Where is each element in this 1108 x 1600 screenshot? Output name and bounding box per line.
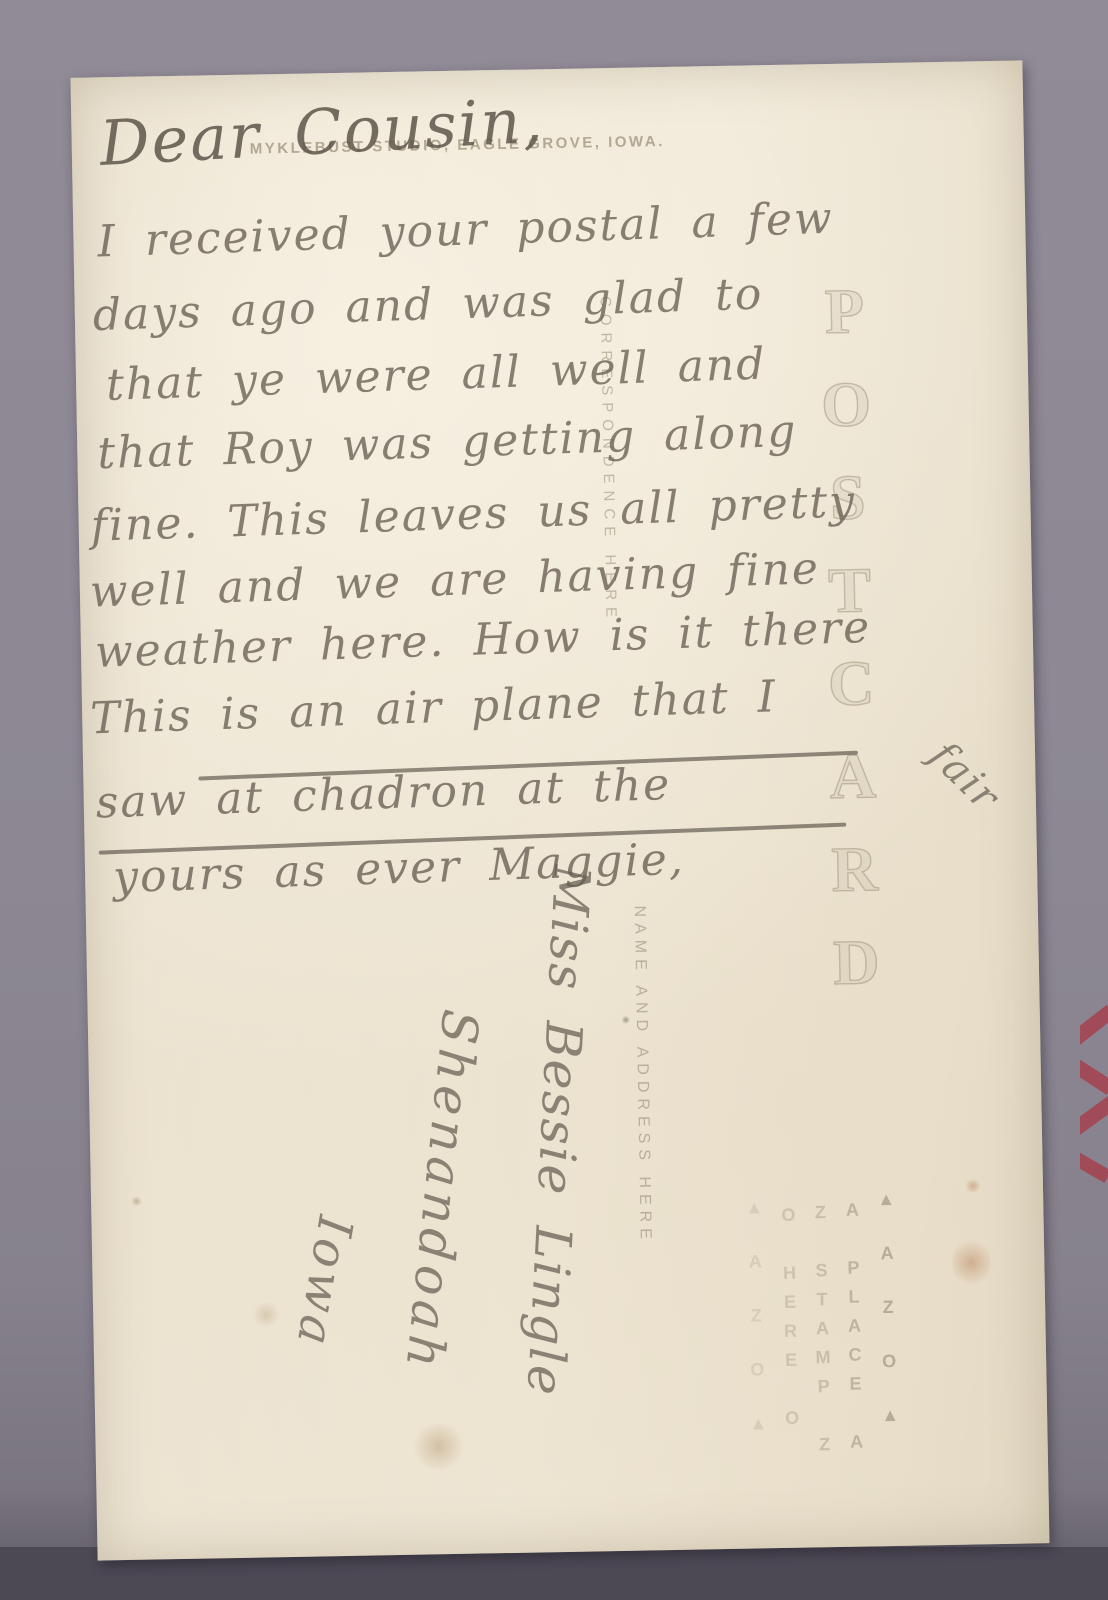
red-edge-watermark — [1080, 1005, 1108, 1215]
azo-stamp-box-column: A PLACE A — [841, 1200, 867, 1461]
address-recipient-name: Miss Bessie Lingle — [520, 864, 597, 1398]
stain-spot — [622, 1016, 630, 1024]
azo-stamp-box-column: Z STAMP Z — [809, 1202, 835, 1463]
postcard-back: MYKLEBUST STUDIO, EAGLE GROVE, IOWA. POS… — [70, 60, 1049, 1560]
address-city: Shenandoah — [398, 1007, 486, 1375]
watermark-bar — [1080, 1096, 1108, 1145]
azo-stamp-box-column: O HERE O — [777, 1205, 802, 1437]
message-line: that ye were all well and — [105, 343, 767, 408]
stain-spot — [965, 1179, 981, 1192]
message-line: fine. This leaves us all pretty — [90, 480, 857, 549]
stain-spot — [131, 1197, 142, 1206]
message-extra-word: fair — [923, 735, 1007, 819]
message-line: I received your postal a few — [97, 197, 834, 265]
stain-spot — [251, 1302, 281, 1327]
message-line: days ago and was glad to — [92, 273, 764, 339]
watermark-bar — [1080, 1141, 1108, 1183]
message-line: well and we are having fine — [89, 547, 820, 615]
message-salutation: Dear Cousin, — [98, 89, 545, 175]
address-state: Iowa — [289, 1212, 359, 1352]
name-and-address-here-label: NAME AND ADDRESS HERE — [630, 905, 654, 1245]
stain-spot — [410, 1423, 467, 1470]
azo-stamp-box-column: ▲AZO▲ — [743, 1197, 769, 1467]
stain-spot — [952, 1236, 991, 1289]
watermark-bar — [1080, 1005, 1108, 1056]
azo-stamp-box-column: ▲AZO▲ — [875, 1189, 901, 1459]
message-line: that Roy was getting along — [97, 410, 798, 477]
message-line: This is an air plane that I — [90, 675, 778, 741]
photo-of-postcard-back: { "postcard": { "studio_line": "MYKLEBUS… — [0, 0, 1108, 1600]
watermark-bar — [1080, 1046, 1108, 1095]
message-line: weather here. How is it there — [94, 606, 871, 675]
